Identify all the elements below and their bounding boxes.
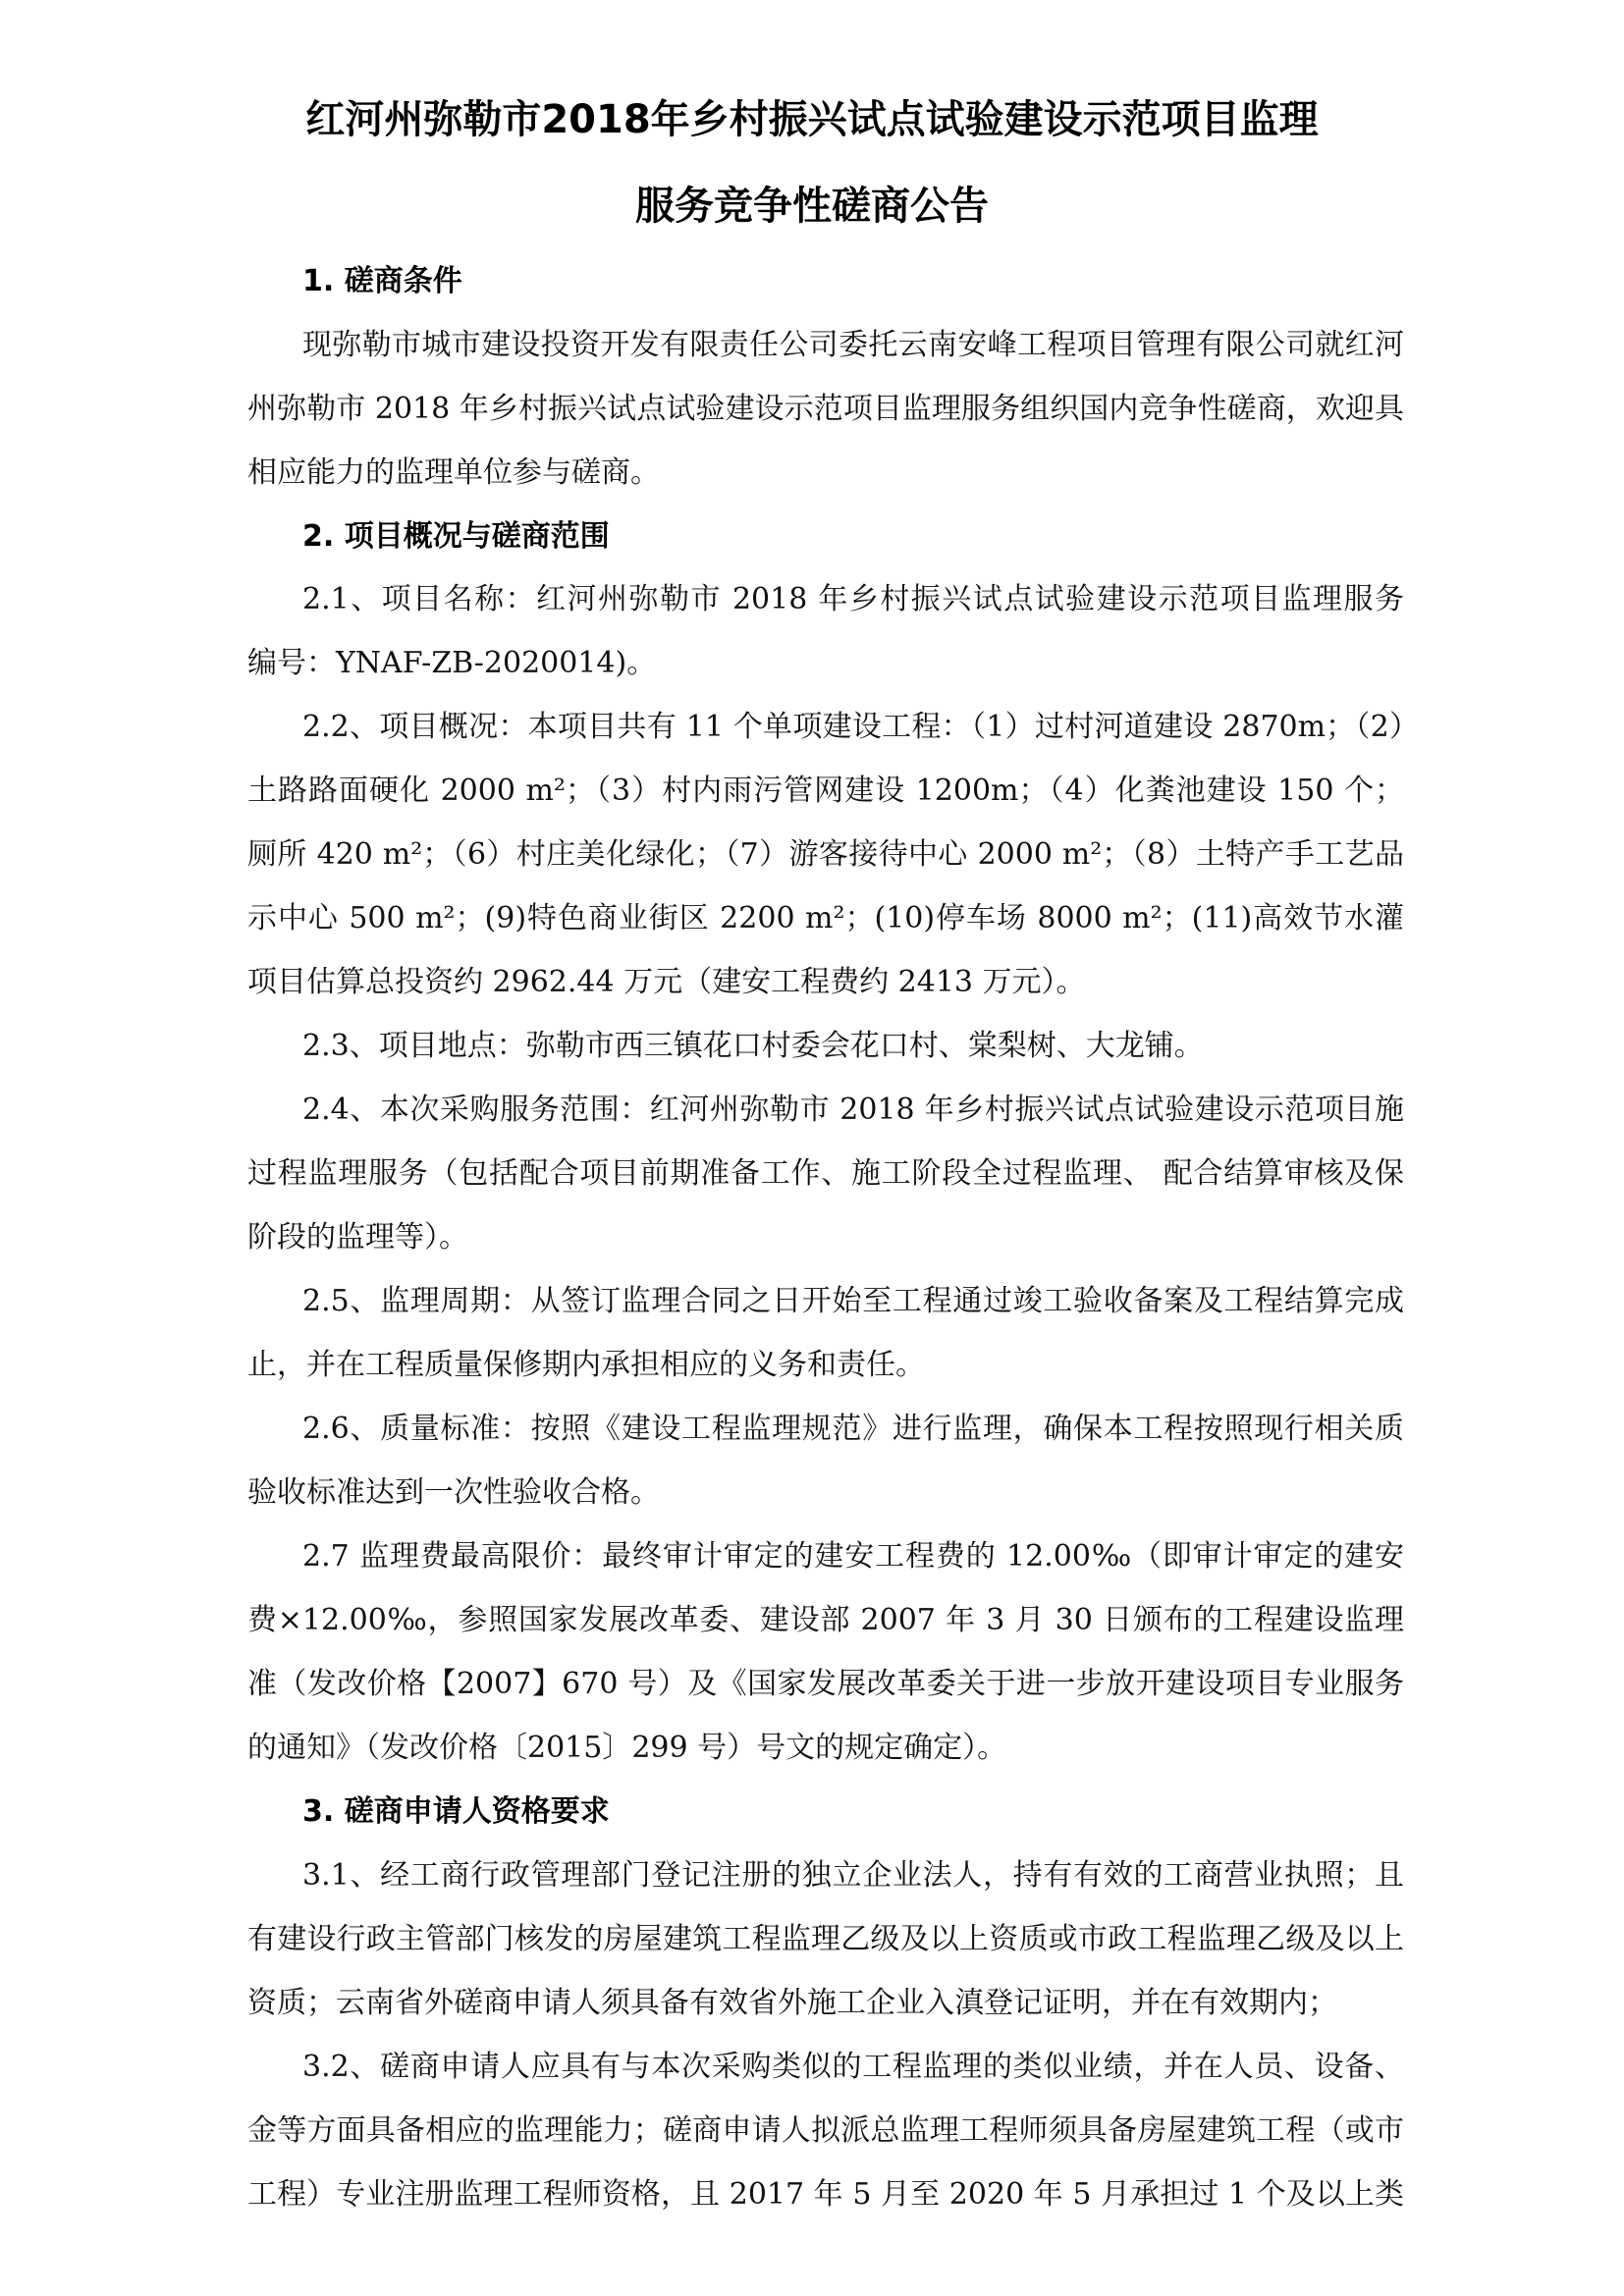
paragraph-line: 的通知》（发改价格〔2015〕299 号）号文的规定确定）。 (247, 1729, 1006, 1768)
paragraph-line: 有建设行政主管部门核发的房屋建筑工程监理乙级及以上资质或市政工程监理乙级及以上 (247, 1920, 1404, 1959)
paragraph-line: 准（发改价格【2007】670 号）及《国家发展改革委关于进一步放开建设项目专业… (247, 1665, 1404, 1704)
paragraph-line: 厕所 420 m²；（6）村庄美化绿化；（7）游客接待中心 2000 m²；（8… (247, 835, 1404, 875)
paragraph-line: 2.3、项目地点：弥勒市西三镇花口村委会花口村、棠梨树、大龙铺。 (302, 1027, 1204, 1066)
paragraph-line: 工程）专业注册监理工程师资格，且 2017 年 5 月至 2020 年 5 月承… (247, 2175, 1404, 2215)
document-title-line-1: 红河州弥勒市2018年乡村振兴试点试验建设示范项目监理 (0, 96, 1624, 143)
document-title-line-2: 服务竞争性磋商公告 (0, 183, 1624, 230)
paragraph-line: 项目估算总投资约 2962.44 万元（建安工程费约 2413 万元）。 (247, 963, 1086, 1002)
paragraph-line: 费×12.00‰，参照国家发展改革委、建设部 2007 年 3 月 30 日颁布… (247, 1601, 1404, 1640)
section-heading-2: 2. 项目概况与磋商范围 (302, 517, 610, 557)
paragraph-line: 金等方面具备相应的监理能力；磋商申请人拟派总监理工程师须具备房屋建筑工程（或市政 (247, 2111, 1404, 2151)
paragraph-line: 资质；云南省外磋商申请人须具备有效省外施工企业入滇登记证明，并在有效期内； (247, 1984, 1337, 2023)
section-heading-3: 3. 磋商申请人资格要求 (302, 1792, 610, 1832)
paragraph-line: 阶段的监理等）。 (247, 1218, 468, 1257)
section-heading-1: 1. 磋商条件 (302, 262, 462, 301)
paragraph-line: 止，并在工程质量保修期内承担相应的义务和责任。 (247, 1346, 925, 1385)
paragraph-line: 过程监理服务（包括配合项目前期准备工作、施工阶段全过程监理、 配合结算审核及保修 (247, 1154, 1404, 1194)
paragraph-line: 示中心 500 m²；(9)特色商业街区 2200 m²；(10)停车场 800… (247, 899, 1404, 938)
paragraph-line: 2.7 监理费最高限价：最终审计审定的建安工程费的 12.00‰（即审计审定的建… (302, 1537, 1404, 1576)
paragraph-line: 3.1、经工商行政管理部门登记注册的独立企业法人，持有有效的工商营业执照；且具 (302, 1856, 1404, 1896)
paragraph-line: 2.5、监理周期：从签订监理合同之日开始至工程通过竣工验收备案及工程结算完成时 (302, 1282, 1404, 1321)
paragraph-line: 土路路面硬化 2000 m²；（3）村内雨污管网建设 1200m；（4）化粪池建… (247, 772, 1404, 811)
paragraph-line: 2.4、本次采购服务范围：红河州弥勒市 2018 年乡村振兴试点试验建设示范项目… (302, 1091, 1404, 1130)
paragraph-line: 2.6、质量标准：按照《建设工程监理规范》进行监理，确保本工程按照现行相关质量 (302, 1410, 1404, 1449)
paragraph-line: 相应能力的监理单位参与磋商。 (247, 454, 660, 493)
paragraph-line: 2.2、项目概况：本项目共有 11 个单项建设工程：（1）过村河道建设 2870… (302, 708, 1404, 747)
paragraph-line: 州弥勒市 2018 年乡村振兴试点试验建设示范项目监理服务组织国内竞争性磋商，欢… (247, 390, 1404, 429)
paragraph-line: 编号：YNAF-ZB-2020014)。 (247, 644, 656, 683)
paragraph-line: 验收标准达到一次性验收合格。 (247, 1473, 660, 1513)
paragraph-line: 2.1、项目名称：红河州弥勒市 2018 年乡村振兴试点试验建设示范项目监理服务… (302, 580, 1404, 619)
paragraph-line: 现弥勒市城市建设投资开发有限责任公司委托云南安峰工程项目管理有限公司就红河 (302, 326, 1404, 365)
document-page: 红河州弥勒市2018年乡村振兴试点试验建设示范项目监理 服务竞争性磋商公告 1.… (0, 0, 1624, 2296)
paragraph-line: 3.2、磋商申请人应具有与本次采购类似的工程监理的类似业绩，并在人员、设备、资 (302, 2048, 1404, 2087)
